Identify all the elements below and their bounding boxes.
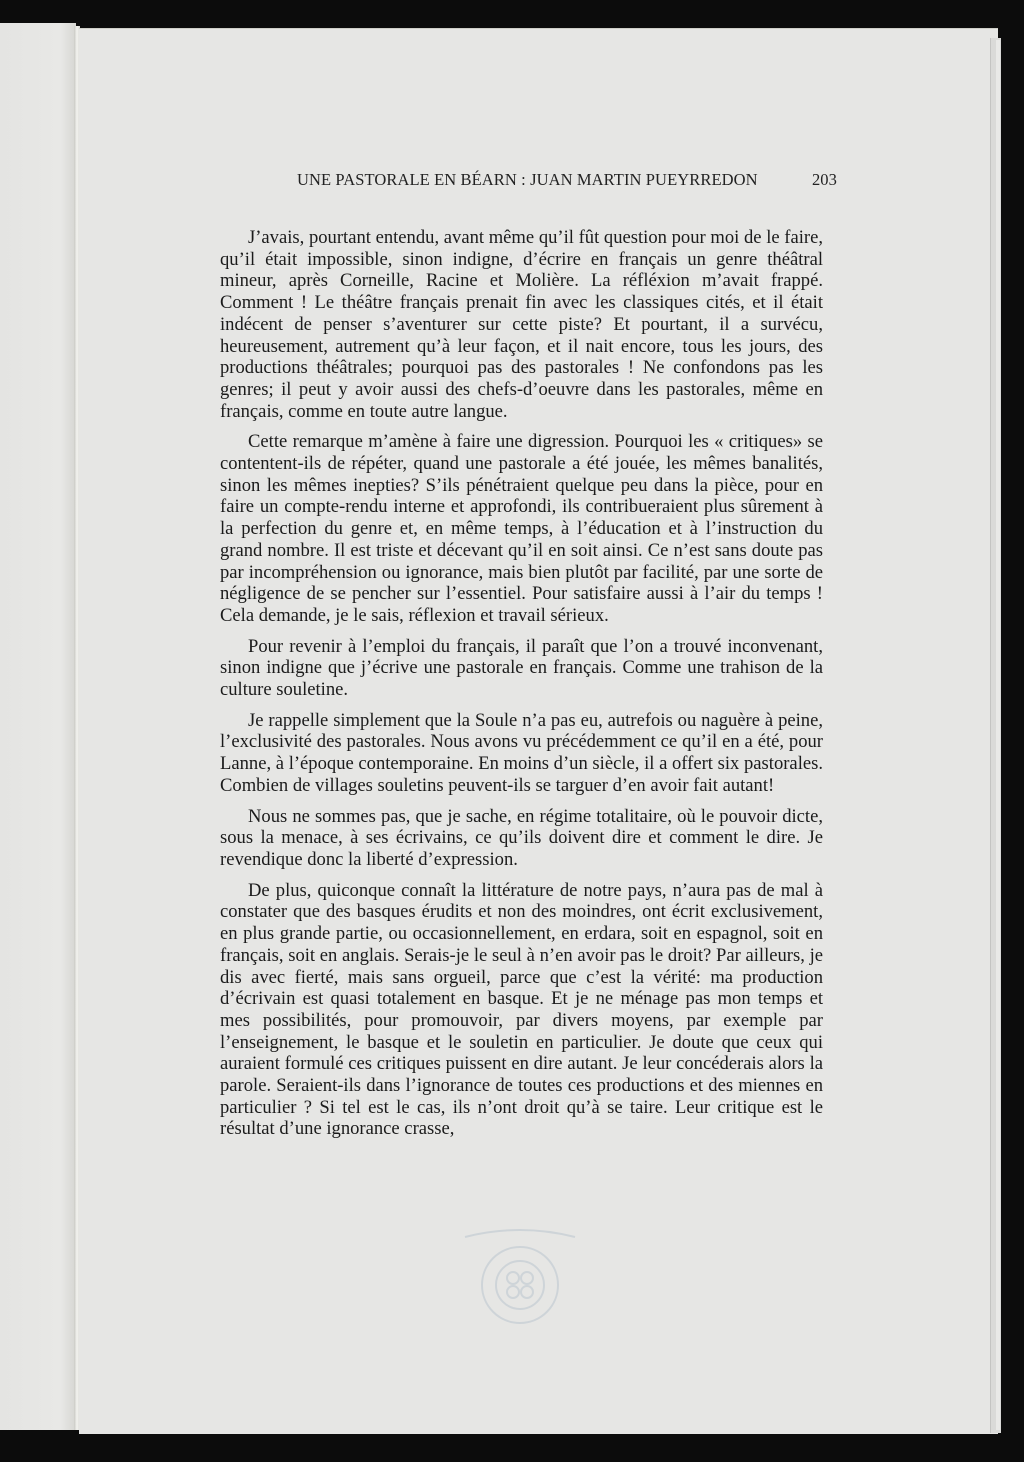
- paragraph: J’avais, pourtant entendu, avant même qu…: [220, 227, 823, 422]
- running-title: UNE PASTORALE EN BÉARN : JUAN MARTIN PUE…: [297, 170, 758, 190]
- left-page: [0, 23, 76, 1430]
- page-edge-inner: [996, 40, 1000, 1430]
- paragraph: Cette remarque m’amène à faire une digre…: [220, 431, 823, 626]
- paragraph: Pour revenir à l’emploi du français, il …: [220, 636, 823, 701]
- body-text: J’avais, pourtant entendu, avant même qu…: [220, 227, 823, 1149]
- watermark-lauburu-icon: [455, 1225, 585, 1325]
- running-header: UNE PASTORALE EN BÉARN : JUAN MARTIN PUE…: [297, 170, 837, 190]
- paragraph: Je rappelle simplement que la Soule n’a …: [220, 710, 823, 797]
- page-number: 203: [812, 170, 837, 190]
- paragraph: De plus, quiconque connaît la littératur…: [220, 880, 823, 1140]
- paragraph: Nous ne sommes pas, que je sache, en rég…: [220, 806, 823, 871]
